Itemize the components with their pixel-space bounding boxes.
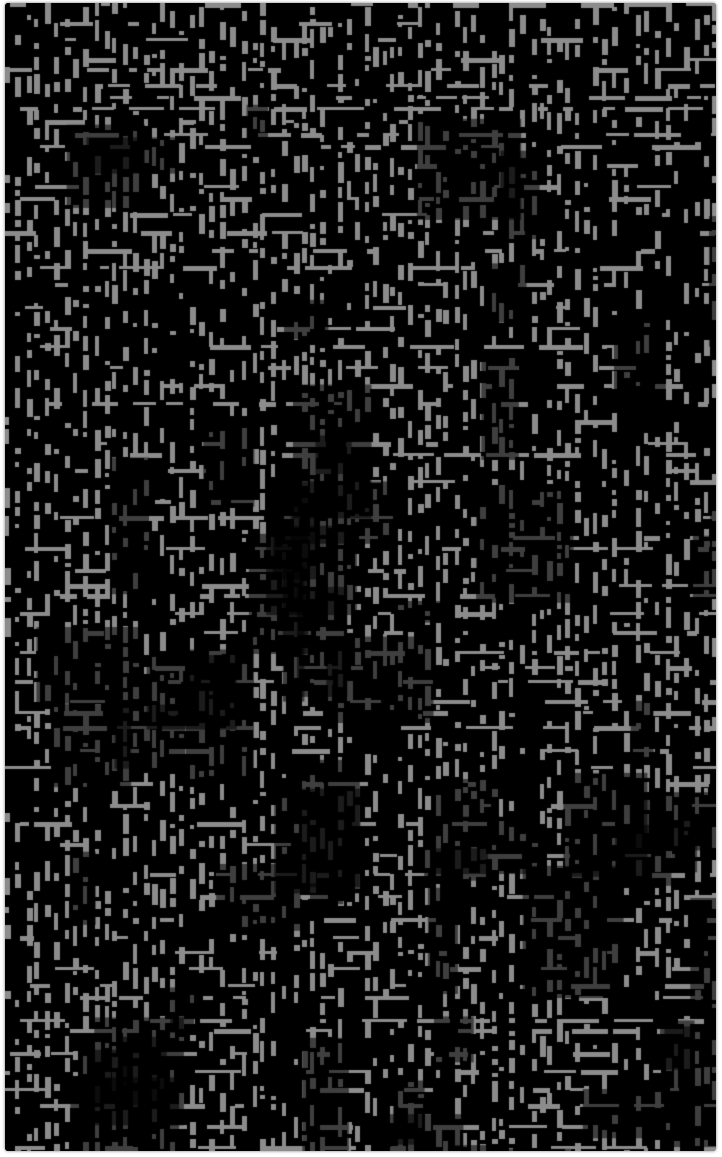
rug-pattern [5,3,716,1151]
rug-image [5,3,716,1151]
